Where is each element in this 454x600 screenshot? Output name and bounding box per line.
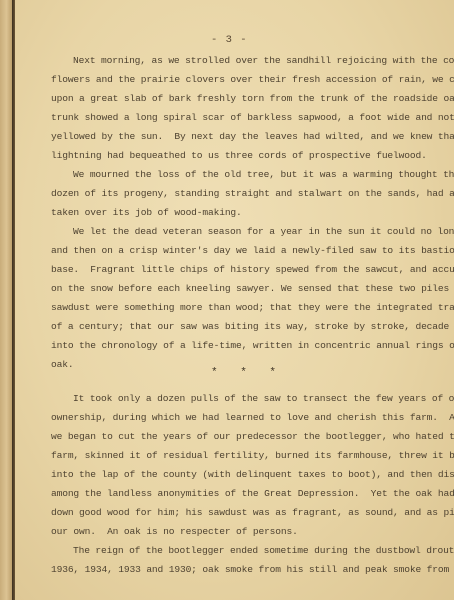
text-line: We mourned the loss of the old tree, but…: [73, 169, 454, 181]
text-line: of a century; that our saw was biting it…: [51, 321, 454, 333]
text-line: yellowed by the sun. By next day the lea…: [51, 131, 454, 143]
text-line: oak.: [51, 359, 73, 371]
text-line: we began to cut the years of our predece…: [51, 431, 454, 443]
text-line: We let the dead veteran season for a yea…: [73, 226, 454, 238]
text-line: sawdust were something more than wood; t…: [51, 302, 454, 314]
typewritten-page: - 3 - Next morning, as we strolled over …: [15, 0, 454, 600]
text-line: lightning had bequeathed to us three cor…: [51, 150, 427, 162]
text-line: base. Fragrant little chips of history s…: [51, 264, 454, 276]
text-line: 1936, 1934, 1933 and 1930; oak smoke fro…: [51, 564, 454, 576]
text-line: Next morning, as we strolled over the sa…: [73, 55, 454, 67]
text-line: taken over its job of wood-making.: [51, 207, 242, 219]
text-line: and then on a crisp winter's day we laid…: [51, 245, 454, 257]
text-line: upon a great slab of bark freshly torn f…: [51, 93, 454, 105]
text-line: dozen of its progeny, standing straight …: [51, 188, 454, 200]
text-line: flowers and the prairie clovers over the…: [51, 74, 454, 86]
text-line: our own. An oak is no respecter of perso…: [51, 526, 298, 538]
text-line: among the landless anonymities of the Gr…: [51, 488, 454, 500]
text-line: farm, skinned it of residual fertility, …: [51, 450, 454, 462]
text-line: into the lap of the county (with delinqu…: [51, 469, 454, 481]
section-break: * * *: [211, 367, 284, 379]
text-line: down good wood for him; his sawdust was …: [51, 507, 454, 519]
text-line: into the chronology of a life-time, writ…: [51, 340, 454, 352]
page-number: - 3 -: [211, 34, 248, 46]
text-line: It took only a dozen pulls of the saw to…: [73, 393, 454, 405]
text-line: on the snow before each kneeling sawyer.…: [51, 283, 454, 295]
text-line: trunk showed a long spiral scar of barkl…: [51, 112, 454, 124]
text-line: The reign of the bootlegger ended someti…: [73, 545, 454, 557]
text-line: ownership, during which we had learned t…: [51, 412, 454, 424]
